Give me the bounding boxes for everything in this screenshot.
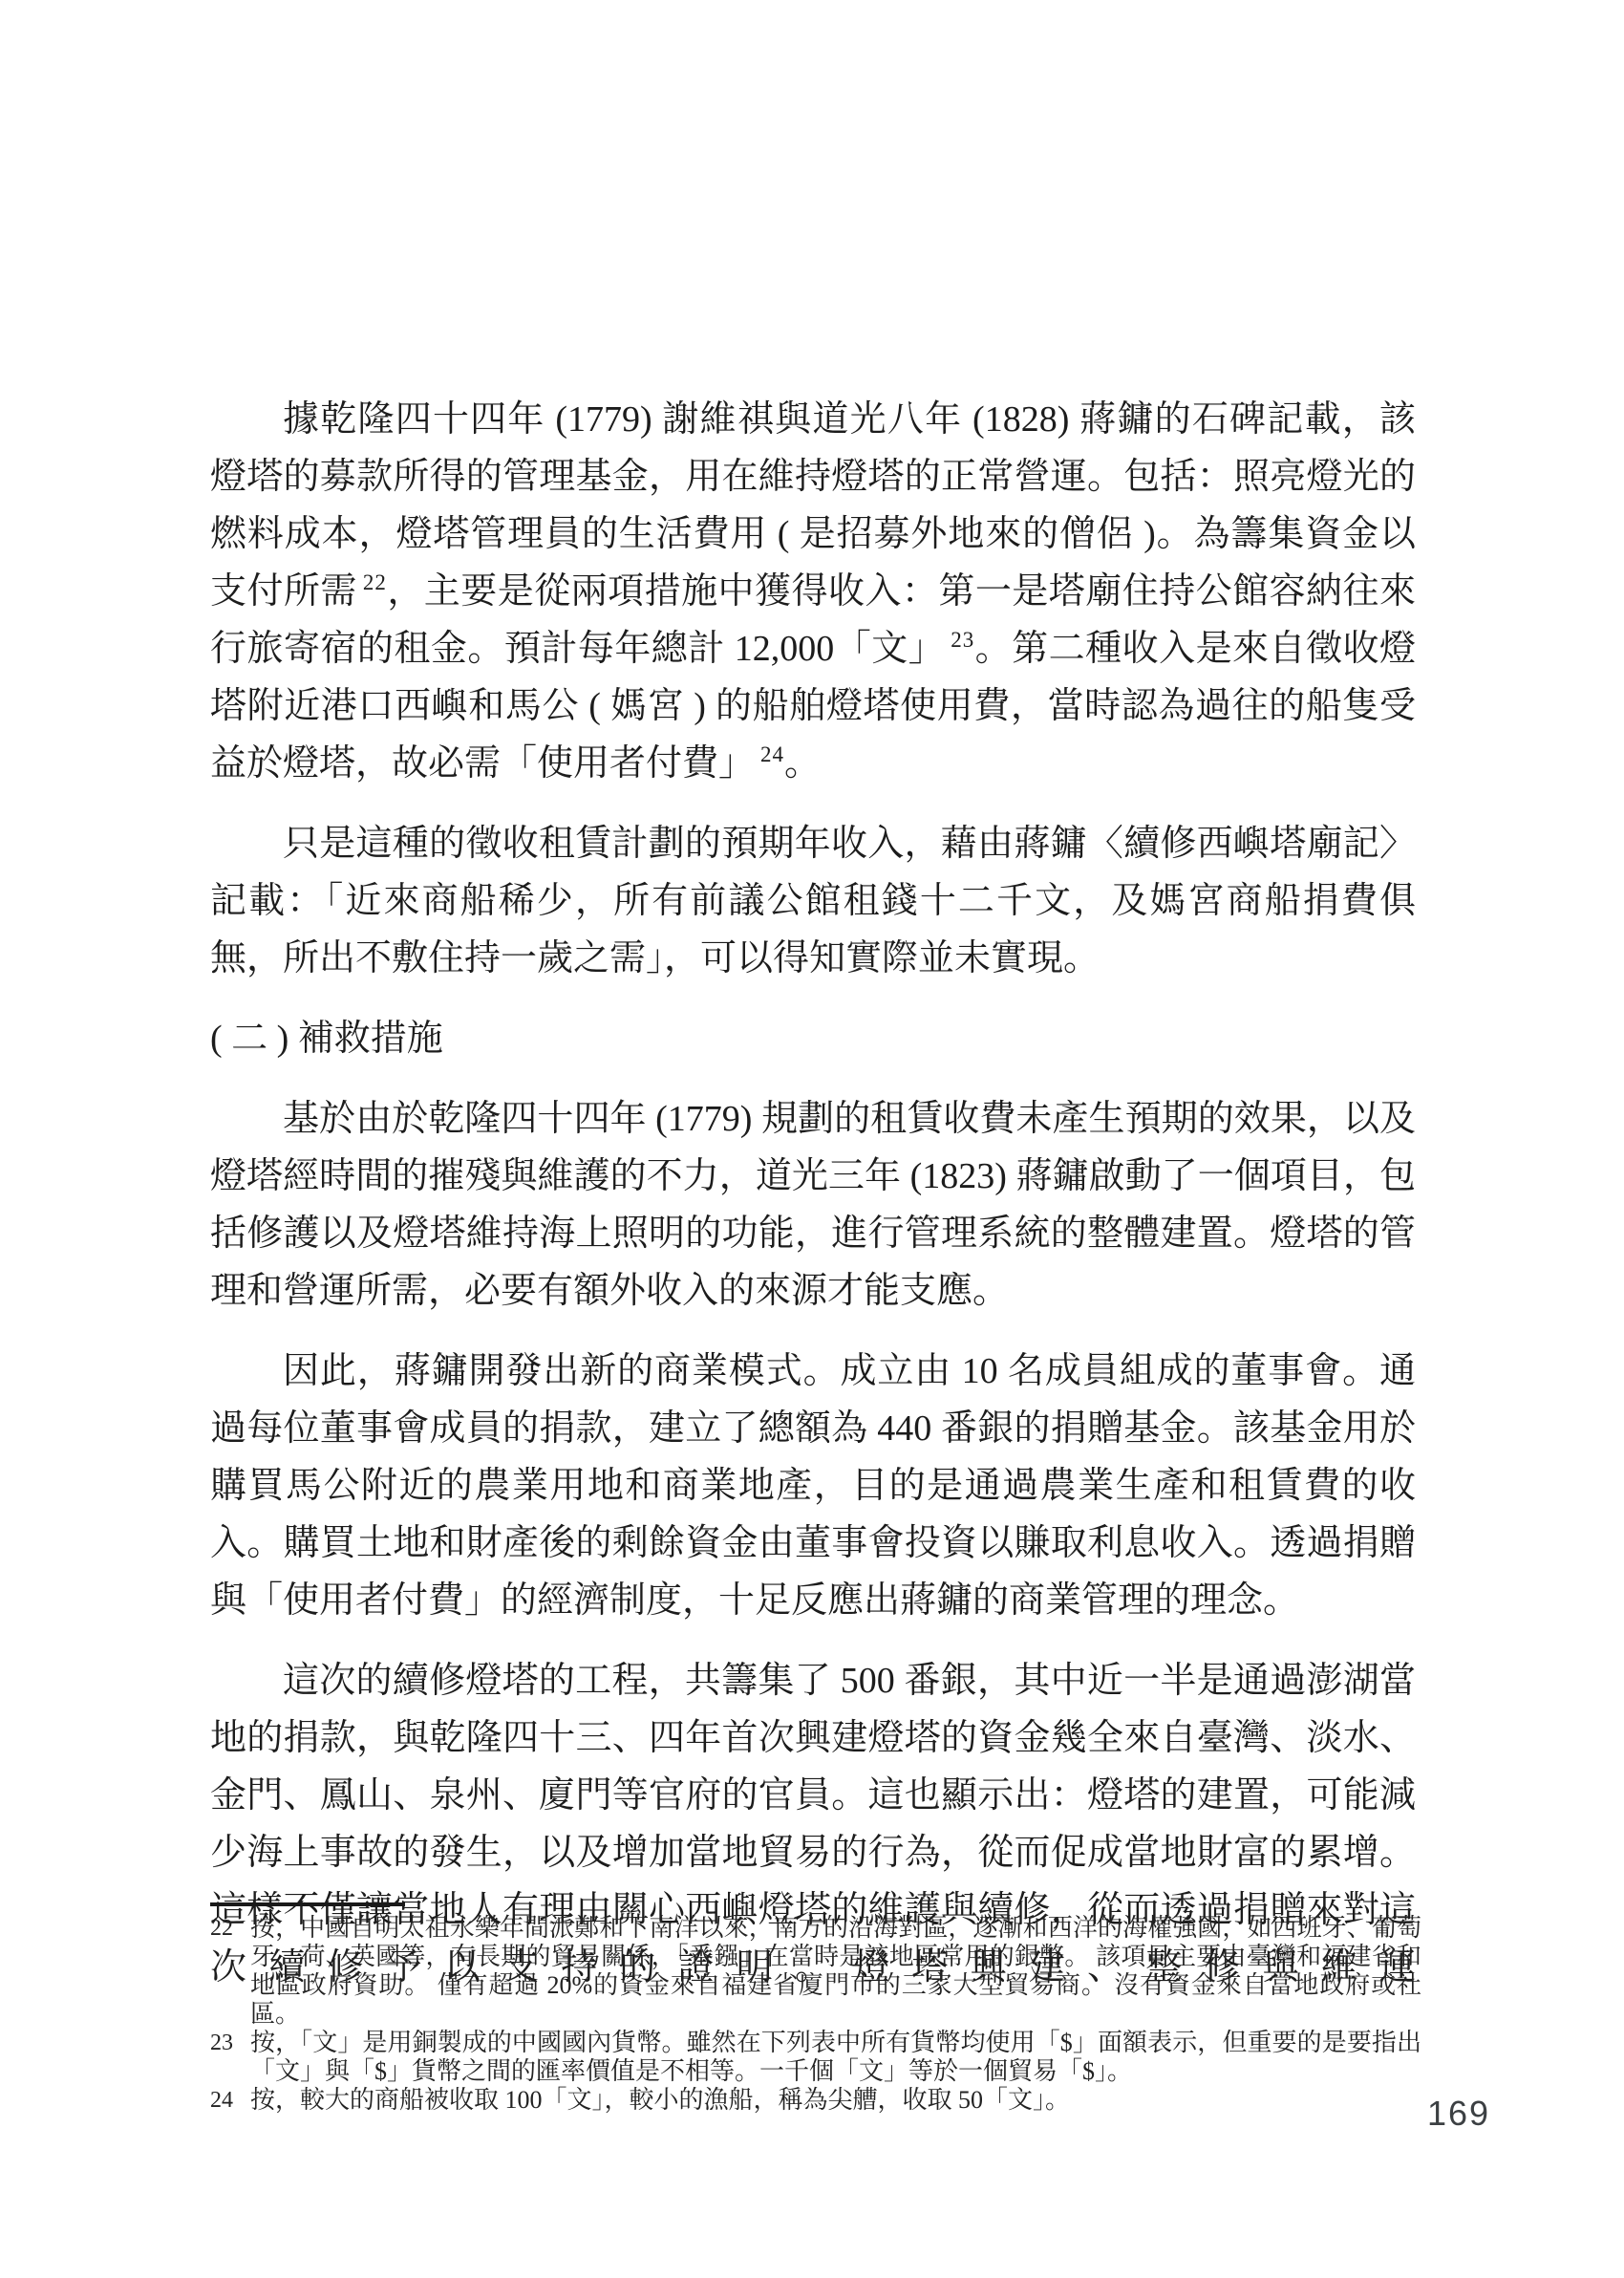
document-page: 據乾隆四十四年 (1779) 謝維祺與道光八年 (1828) 蔣鏞的石碑記載，該… bbox=[0, 0, 1624, 2278]
paragraph: 基於由於乾隆四十四年 (1779) 規劃的租賃收費未產生預期的效果，以及燈塔經時… bbox=[210, 1090, 1416, 1320]
footnote-ref: 24 bbox=[760, 742, 784, 766]
footnote: 22按，中國自明太祖永樂年間派鄭和下南洋以來，南方的沿海對區，逐漸和西洋的海權強… bbox=[210, 1914, 1421, 2029]
paragraph: 只是這種的徵收租賃計劃的預期年收入，藉由蔣鏞〈續修西嶼塔廟記〉記載：「近來商船稀… bbox=[210, 815, 1416, 987]
footnotes-section: 22按，中國自明太祖永樂年間派鄭和下南洋以來，南方的沿海對區，逐漸和西洋的海權強… bbox=[210, 1902, 1421, 2115]
body-text: 據乾隆四十四年 (1779) 謝維祺與道光八年 (1828) 蔣鏞的石碑記載，該… bbox=[210, 391, 1416, 2019]
footnote-number: 24 bbox=[210, 2086, 233, 2115]
page-number: 169 bbox=[1427, 2094, 1490, 2134]
body-text-run: 因此，蔣鏞開發出新的商業模式。成立由 10 名成員組成的董事會。通過每位董事會成… bbox=[210, 1351, 1416, 1621]
footnote-list: 22按，中國自明太祖永樂年間派鄭和下南洋以來，南方的沿海對區，逐漸和西洋的海權強… bbox=[210, 1914, 1421, 2115]
body-text-run: 。 bbox=[784, 743, 821, 784]
footnote-separator bbox=[210, 1902, 405, 1906]
footnote-ref: 22 bbox=[363, 570, 387, 594]
footnote-text: 按，中國自明太祖永樂年間派鄭和下南洋以來，南方的沿海對區，逐漸和西洋的海權強國，… bbox=[250, 1914, 1421, 2028]
body-text-run: 基於由於乾隆四十四年 (1779) 規劃的租賃收費未產生預期的效果，以及燈塔經時… bbox=[210, 1099, 1416, 1311]
footnote-number: 23 bbox=[210, 2029, 233, 2057]
footnote: 24按，較大的商船被收取 100「文」，較小的漁船，稱為尖艚，收取 50「文」。 bbox=[210, 2086, 1421, 2115]
footnote-ref: 23 bbox=[951, 628, 974, 652]
footnote-number: 22 bbox=[210, 1914, 233, 1943]
section-heading: ( 二 ) 補救措施 bbox=[210, 1010, 1416, 1067]
footnote: 23按，「文」是用銅製成的中國國內貨幣。雖然在下列表中所有貨幣均使用「$」面額表… bbox=[210, 2029, 1421, 2086]
paragraph: 因此，蔣鏞開發出新的商業模式。成立由 10 名成員組成的董事會。通過每位董事會成… bbox=[210, 1343, 1416, 1629]
footnote-text: 按，較大的商船被收取 100「文」，較小的漁船，稱為尖艚，收取 50「文」。 bbox=[250, 2086, 1070, 2114]
body-text-run: 只是這種的徵收租賃計劃的預期年收入，藉由蔣鏞〈續修西嶼塔廟記〉記載：「近來商船稀… bbox=[210, 824, 1416, 978]
paragraph: 據乾隆四十四年 (1779) 謝維祺與道光八年 (1828) 蔣鏞的石碑記載，該… bbox=[210, 391, 1416, 792]
footnote-text: 按，「文」是用銅製成的中國國內貨幣。雖然在下列表中所有貨幣均使用「$」面額表示，… bbox=[250, 2029, 1421, 2085]
